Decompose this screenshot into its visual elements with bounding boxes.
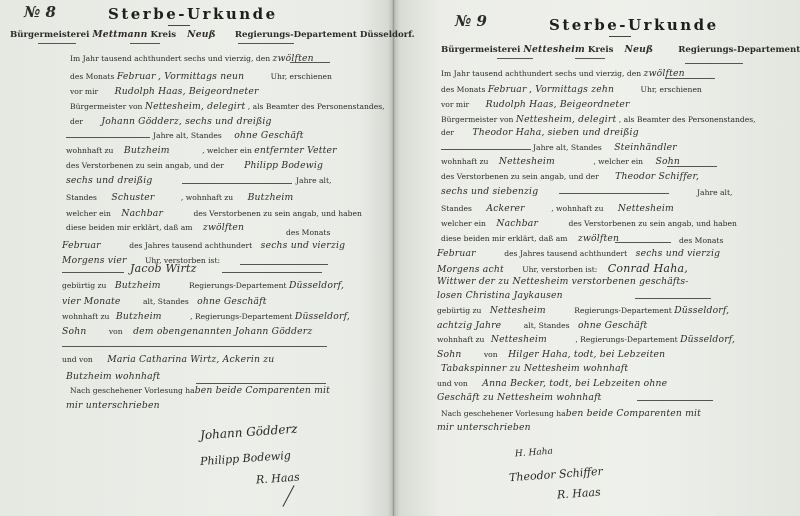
line-reading-2: mir unterschrieben <box>437 422 531 433</box>
text: des Verstorbenen zu sein angab, und habe… <box>569 219 737 228</box>
value-death-time: Morgens vier <box>62 255 127 266</box>
rule <box>667 166 717 167</box>
text: wohnhaft zu <box>62 312 109 321</box>
text: Standes <box>441 204 472 213</box>
line-mayor: Bürgermeister von Nettesheim, delegirt ,… <box>441 114 756 125</box>
rule <box>615 242 671 243</box>
text: , welcher ein <box>593 157 643 166</box>
text: gebürtig zu <box>437 306 481 315</box>
text: Standes <box>66 193 97 202</box>
rule <box>559 193 669 194</box>
line-death-year: Februar des Jahres tausend achthundert s… <box>437 248 720 259</box>
line-mother-2: Geschäft zu Nettesheim wohnhaft <box>437 392 602 403</box>
label-kreis: Kreis <box>151 30 177 40</box>
value-buergermeisterei: Nettesheim <box>523 44 585 55</box>
text: des Monats <box>286 228 330 237</box>
value-witness2-status: Ackerer <box>486 203 524 214</box>
value-father: dem obengenannten Johann Gödderz <box>133 326 312 337</box>
line-mother-2: Butzheim wohnhaft <box>66 371 160 382</box>
value-reading: ben beide Comparenten mit <box>195 385 330 396</box>
text: Regierungs-Departement <box>574 306 672 315</box>
text: von <box>109 327 123 336</box>
rule <box>66 137 150 138</box>
value-witness2-age: sechs und dreißig <box>66 175 153 186</box>
value-residence: Butzheim <box>116 311 162 322</box>
certificate-title: Sterbe-Urkunde <box>549 16 719 34</box>
value-witness2-residence: Butzheim <box>248 192 294 203</box>
text: des Monats <box>441 85 485 94</box>
value-death-month: Februar <box>62 240 101 251</box>
rule <box>497 58 533 59</box>
line-month: des Monats Februar , Vormittags zehn Uhr… <box>441 84 702 95</box>
rule <box>182 183 292 184</box>
line-witness2-relation: welcher ein Nachbar des Verstorbenen zu … <box>441 218 737 229</box>
value-birthplace: Nettesheim <box>490 305 546 316</box>
line-death-date: diese beiden mir erklärt, daß am zwölfte… <box>441 233 619 244</box>
text: alt, Standes <box>524 321 570 330</box>
value-witness2: Philipp Bodewig <box>244 160 323 171</box>
line-witness1-age: Jahre alt, Standes Steinhändler <box>533 142 677 153</box>
rule <box>38 43 76 44</box>
title-rule <box>609 36 631 37</box>
value-death-year: sechs und vierzig <box>261 240 346 251</box>
line-death-date: diese beiden mir erklärt, daß am zwölfte… <box>66 222 244 233</box>
rule <box>575 58 605 59</box>
value-relation: entfernter Vetter <box>254 145 336 156</box>
text: der <box>70 117 83 126</box>
value-buergermeisterei: Mettmann <box>92 29 147 40</box>
line-witness2-relation: welcher ein Nachbar des Verstorbenen zu … <box>66 208 362 219</box>
text: welcher ein <box>66 209 111 218</box>
signature-2: Theodor Schiffer <box>509 465 604 485</box>
line-residence: wohnhaft zu Nettesheim , Regierungs-Depa… <box>437 334 735 345</box>
value-mayor-of: Nettesheim, delegirt <box>516 114 616 125</box>
rule <box>62 346 327 347</box>
signature-1: Johann Gödderz <box>200 422 298 443</box>
text: , wohnhaft zu <box>181 193 233 202</box>
text: Jahre alt, <box>296 176 331 185</box>
value-residence: Nettesheim <box>499 156 555 167</box>
text: Uhr, verstorben ist: <box>522 265 597 274</box>
line-before: vor mir Rudolph Haas, Beigeordneter <box>441 99 630 110</box>
value-witness1: Theodor Haha, sieben und dreißig <box>472 127 638 138</box>
value-death-year: sechs und vierzig <box>636 248 721 259</box>
text: welcher ein <box>441 219 486 228</box>
label-buergermeisterei: Bürgermeisterei <box>10 30 89 40</box>
label-department: Regierungs-Departement Düsseldorf. <box>235 30 415 40</box>
certificate-page-8: № 8 Sterbe-Urkunde Bürgermeisterei Mettm… <box>0 0 393 516</box>
value-witness1: Johann Gödderz, sechs und dreißig <box>101 116 271 127</box>
header-line: Bürgermeisterei Mettmann Kreis Neuß Regi… <box>10 29 415 40</box>
value-mother: Anna Becker, todt, bei Lebzeiten ohne <box>482 378 667 389</box>
value-witness2-relation: Nachbar <box>121 208 163 219</box>
value-mayor-of: Nettesheim, delegirt <box>145 101 245 112</box>
text: und von <box>62 355 93 364</box>
text: wohnhaft zu <box>66 146 113 155</box>
value-status: ohne Geschäft <box>578 320 647 331</box>
text: der <box>441 128 454 137</box>
text: , als Beamter des Personenstandes, <box>248 102 385 111</box>
value-child-of: Sohn <box>437 349 461 360</box>
value-reading: ben beide Comparenten mit <box>566 408 701 419</box>
title-rule <box>168 25 190 26</box>
line-month: des Monats Februar , Vormittags neun Uhr… <box>70 71 332 82</box>
certificate-title: Sterbe-Urkunde <box>108 5 278 23</box>
value-residence-department: Düsseldorf, <box>680 334 735 345</box>
line-age: vier Monate alt, Standes ohne Geschäft <box>62 296 267 307</box>
rule <box>62 272 124 273</box>
text: Bürgermeister von <box>441 115 513 124</box>
value-birth-department: Düsseldorf, <box>674 305 729 316</box>
line-mother: und von Maria Catharina Wirtz, Ackerin z… <box>62 354 274 365</box>
rule <box>637 400 713 401</box>
line-before: vor mir Rudolph Haas, Beigeordneter <box>70 86 259 97</box>
value-witness2-age: sechs und siebenzig <box>441 186 538 197</box>
value-kreis: Neuß <box>187 29 216 40</box>
text: , Regierungs-Departement <box>190 312 292 321</box>
line-witness1-residence: wohnhaft zu Nettesheim , welcher ein Soh… <box>441 156 680 167</box>
value-reading-2: mir unterschrieben <box>66 400 160 411</box>
rule <box>130 43 160 44</box>
value-residence: Butzheim <box>124 145 170 156</box>
line-birthplace: gebürtig zu Butzheim Regierungs-Departem… <box>62 280 344 291</box>
rule <box>238 43 294 44</box>
text: Bürgermeister von <box>70 102 142 111</box>
value-birthplace: Butzheim <box>115 280 161 291</box>
text: des Monats <box>679 236 723 245</box>
rule <box>635 298 711 299</box>
line-witness2-status: Standes Ackerer , wohnhaft zu Nettesheim <box>441 203 674 214</box>
text: , Regierungs-Departement <box>575 335 677 344</box>
text: alt, Standes <box>143 297 189 306</box>
text: Regierungs-Departement <box>189 281 287 290</box>
line-witness1: der Theodor Haha, sieben und dreißig <box>441 127 639 138</box>
line-mayor: Bürgermeister von Nettesheim, delegirt ,… <box>70 101 385 112</box>
text: gebürtig zu <box>62 281 106 290</box>
text: Im Jahr tausend achthundert sechs und vi… <box>441 69 641 78</box>
text: , welcher ein <box>202 146 252 155</box>
rule <box>665 78 715 79</box>
line-deceased-3: losen Christina Jaykausen <box>437 290 563 301</box>
line-witness2: des Verstorbenen zu sein angab, und der … <box>441 171 699 182</box>
value-death-day: zwölften <box>578 233 619 244</box>
line-death-year: Februar des Jahres tausend achthundert s… <box>62 240 345 251</box>
signature-3: R. Haas <box>557 485 601 501</box>
value-status: ohne Geschäft <box>197 296 266 307</box>
value-witness1-status: Steinhändler <box>614 142 677 153</box>
value-witness2-residence: Nettesheim <box>618 203 674 214</box>
line-reading-2: mir unterschrieben <box>66 400 160 411</box>
certificate-number: № 9 <box>455 12 487 30</box>
line-witness2: des Verstorbenen zu sein angab, und der … <box>66 160 323 171</box>
value-death-time: Morgens acht <box>437 264 504 275</box>
text: des Verstorbenen zu sein angab, und habe… <box>194 209 362 218</box>
value-residence-department: Düsseldorf, <box>295 311 350 322</box>
header-line: Bürgermeisterei Nettesheim Kreis Neuß Re… <box>441 44 800 55</box>
rule <box>685 63 743 64</box>
line-reading: Nach geschehener Vorlesung haben beide C… <box>70 385 330 396</box>
text: und von <box>437 379 468 388</box>
label-department: Regierungs-Departement Düsseldorf. <box>678 45 800 55</box>
text: wohnhaft zu <box>437 335 484 344</box>
line-witness2-status: Standes Schuster , wohnhaft zu Butzheim <box>66 192 293 203</box>
rule <box>222 272 322 273</box>
value-mother: Maria Catharina Wirtz, Ackerin zu <box>107 354 274 365</box>
text: , als Beamter des Personenstandes, <box>619 115 756 124</box>
value-time: , Vormittags zehn <box>529 84 614 95</box>
text: des Monats <box>70 72 114 81</box>
value-official: Rudolph Haas, Beigeordneter <box>486 99 630 110</box>
line-reading: Nach geschehener Vorlesung haben beide C… <box>441 408 701 419</box>
line-witness1: der Johann Gödderz, sechs und dreißig <box>70 116 272 127</box>
line-father: Sohn von dem obengenannten Johann Gödder… <box>62 326 312 337</box>
value-father-occupation: Tabakspinner zu Nettesheim wohnhaft <box>441 363 628 374</box>
line-death-time: Morgens acht Uhr, verstorben ist: Conrad… <box>437 262 688 275</box>
value-mother-residence: Geschäft zu Nettesheim wohnhaft <box>437 392 602 403</box>
label-buergermeisterei: Bürgermeisterei <box>441 45 520 55</box>
line-father-2: Tabakspinner zu Nettesheim wohnhaft <box>441 363 628 374</box>
text: Jahre alt, <box>697 188 732 197</box>
signature-flourish <box>282 485 294 507</box>
text: Im Jahr tausend achthundert sechs und vi… <box>70 54 270 63</box>
rule <box>240 264 328 265</box>
value-father: Hilger Haha, todt, bei Lebzeiten <box>508 349 665 360</box>
value-death-month: Februar <box>437 248 476 259</box>
value-deceased-name: Conrad Haha, <box>608 262 688 275</box>
value-official: Rudolph Haas, Beigeordneter <box>115 86 259 97</box>
signature-2: Philipp Bodewig <box>200 449 292 468</box>
open-register-book: № 8 Sterbe-Urkunde Bürgermeisterei Mettm… <box>0 0 800 516</box>
text: Uhr, erschienen <box>641 85 702 94</box>
value-residence: Nettesheim <box>491 334 547 345</box>
certificate-page-9: № 9 Sterbe-Urkunde Bürgermeisterei Nette… <box>397 0 800 516</box>
value-deceased-detail: Wittwer der zu Nettesheim verstorbenen g… <box>437 276 689 287</box>
text: Jahre alt, Standes <box>153 131 222 140</box>
line-residence: wohnhaft zu Butzheim , Regierungs-Depart… <box>62 311 350 322</box>
value-witness2: Theodor Schiffer, <box>615 171 699 182</box>
text: Nach geschehener Vorlesung ha <box>70 386 195 395</box>
line-date: Im Jahr tausend achthundert sechs und vi… <box>441 68 685 79</box>
value-mother-residence: Butzheim wohnhaft <box>66 371 160 382</box>
text: , wohnhaft zu <box>551 204 603 213</box>
line-father: Sohn von Hilger Haha, todt, bei Lebzeite… <box>437 349 665 360</box>
value-witness1-status: ohne Geschäft <box>234 130 303 141</box>
value-death-day: zwölften <box>203 222 244 233</box>
line-birthplace: gebürtig zu Nettesheim Regierungs-Depart… <box>437 305 729 316</box>
value-kreis: Neuß <box>624 44 653 55</box>
value-time: , Vormittags neun <box>158 71 244 82</box>
line-date: Im Jahr tausend achthundert sechs und vi… <box>70 53 314 64</box>
value-deceased-detail-2: losen Christina Jaykausen <box>437 290 563 301</box>
rule <box>441 149 531 150</box>
text: wohnhaft zu <box>441 157 488 166</box>
signature-1: H. Haha <box>515 447 554 460</box>
value-birth-department: Düsseldorf, <box>289 280 344 291</box>
value-reading-2: mir unterschrieben <box>437 422 531 433</box>
line-witness1-residence: wohnhaft zu Butzheim , welcher ein entfe… <box>66 145 337 156</box>
line-deceased-2: Wittwer der zu Nettesheim verstorbenen g… <box>437 276 689 287</box>
value-age: achtzig Jahre <box>437 320 501 331</box>
text: des Jahres tausend achthundert <box>504 249 627 258</box>
line-mother: und von Anna Becker, todt, bei Lebzeiten… <box>437 378 667 389</box>
value-witness2-relation: Nachbar <box>496 218 538 229</box>
certificate-number: № 8 <box>24 3 56 21</box>
text: Uhr, erschienen <box>271 72 332 81</box>
text: Jahre alt, Standes <box>533 143 602 152</box>
text: des Verstorbenen zu sein angab, und der <box>441 172 599 181</box>
text: Nach geschehener Vorlesung ha <box>441 409 566 418</box>
value-month: Februar <box>488 84 527 95</box>
line-age: achtzig Jahre alt, Standes ohne Geschäft <box>437 320 647 331</box>
text: diese beiden mir erklärt, daß am <box>441 234 568 243</box>
value-month: Februar <box>117 71 156 82</box>
rule <box>290 62 330 63</box>
value-age: vier Monate <box>62 296 121 307</box>
text: von <box>484 350 498 359</box>
label-kreis: Kreis <box>588 45 614 55</box>
value-witness2-status: Schuster <box>111 192 154 203</box>
line-witness2-age: sechs und dreißig <box>66 175 153 186</box>
line-witness1-age: Jahre alt, Standes ohne Geschäft <box>153 130 304 141</box>
rule <box>196 383 326 384</box>
text: des Verstorbenen zu sein angab, und der <box>66 161 224 170</box>
text: diese beiden mir erklärt, daß am <box>66 223 193 232</box>
text: des Jahres tausend achthundert <box>129 241 252 250</box>
text: vor mir <box>70 87 98 96</box>
line-witness2-age: sechs und siebenzig <box>441 186 538 197</box>
value-deceased-name: Jacob Wirtz <box>130 262 197 275</box>
text: vor mir <box>441 100 469 109</box>
value-child-of: Sohn <box>62 326 86 337</box>
